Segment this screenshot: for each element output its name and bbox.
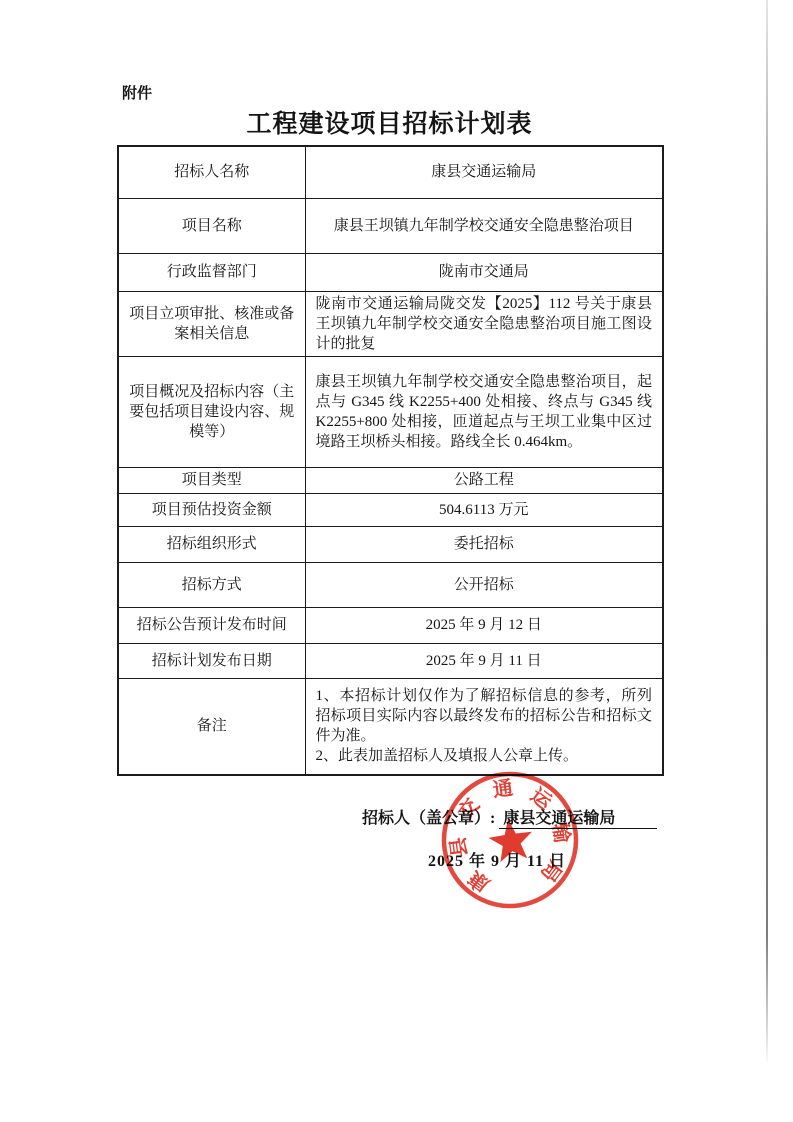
row-value-estimated-investment: 504.6113 万元 [305, 493, 663, 526]
row-value-remarks: 1、本招标计划仅作为了解招标信息的参考，所列招标项目实际内容以最终发布的招标公告… [305, 678, 663, 775]
row-value-plan-publish-date: 2025 年 9 月 11 日 [305, 643, 663, 678]
row-value-bidding-method: 公开招标 [305, 562, 663, 607]
row-label-estimated-investment: 项目预估投资金额 [118, 493, 305, 526]
row-label-bidding-method: 招标方式 [118, 562, 305, 607]
row-value-approval-info: 陇南市交通运输局陇交发【2025】112 号关于康县王坝镇九年制学校交通安全隐患… [305, 291, 663, 356]
page-title: 工程建设项目招标计划表 [117, 104, 662, 140]
signer-name: 康县交通运输局 [499, 810, 657, 829]
table-row: 项目预估投资金额 504.6113 万元 [118, 493, 663, 526]
remark-line-2: 2、此表加盖招标人及填报人公章上传。 [316, 746, 653, 766]
seal-ring [438, 768, 582, 912]
remark-line-1: 1、本招标计划仅作为了解招标信息的参考，所列招标项目实际内容以最终发布的招标公告… [316, 686, 653, 746]
table-row: 项目概况及招标内容（主要包括项目建设内容、规模等） 康县王坝镇九年制学校交通安全… [118, 356, 663, 467]
signer-line: 招标人（盖公章）: 康县交通运输局 [362, 808, 657, 830]
table-row: 项目名称 康县王坝镇九年制学校交通安全隐患整治项目 [118, 198, 663, 253]
svg-text:通: 通 [491, 776, 514, 802]
row-label-announcement-date: 招标公告预计发布时间 [118, 607, 305, 643]
row-label-remarks: 备注 [118, 678, 305, 775]
row-label-supervising-dept: 行政监督部门 [118, 253, 305, 291]
row-value-project-type: 公路工程 [305, 467, 663, 493]
row-value-organization-form: 委托招标 [305, 526, 663, 562]
row-label-organization-form: 招标组织形式 [118, 526, 305, 562]
signer-prefix: 招标人（盖公章）: [362, 810, 495, 827]
row-label-plan-publish-date: 招标计划发布日期 [118, 643, 305, 678]
attachment-label: 附件 [122, 82, 152, 103]
row-value-project-overview: 康县王坝镇九年制学校交通安全隐患整治项目，起点与 G345 线 K2255+40… [305, 356, 663, 467]
row-value-tenderer-name: 康县交通运输局 [305, 146, 663, 198]
table-row: 项目立项审批、核准或备案相关信息 陇南市交通运输局陇交发【2025】112 号关… [118, 291, 663, 356]
table-row: 招标组织形式 委托招标 [118, 526, 663, 562]
bidding-plan-table: 招标人名称 康县交通运输局 项目名称 康县王坝镇九年制学校交通安全隐患整治项目 … [117, 145, 664, 776]
table-row: 招标方式 公开招标 [118, 562, 663, 607]
row-label-project-name: 项目名称 [118, 198, 305, 253]
row-label-tenderer-name: 招标人名称 [118, 146, 305, 198]
scan-artifact-line [766, 0, 768, 1062]
table-row: 招标公告预计发布时间 2025 年 9 月 12 日 [118, 607, 663, 643]
row-value-project-name: 康县王坝镇九年制学校交通安全隐患整治项目 [305, 198, 663, 253]
row-value-supervising-dept: 陇南市交通局 [305, 253, 663, 291]
table-row: 招标人名称 康县交通运输局 [118, 146, 663, 198]
row-label-project-type: 项目类型 [118, 467, 305, 493]
table-row: 备注 1、本招标计划仅作为了解招标信息的参考，所列招标项目实际内容以最终发布的招… [118, 678, 663, 775]
table-row: 项目类型 公路工程 [118, 467, 663, 493]
row-label-approval-info: 项目立项审批、核准或备案相关信息 [118, 291, 305, 356]
row-value-announcement-date: 2025 年 9 月 12 日 [305, 607, 663, 643]
scanned-document-page: 附件 工程建设项目招标计划表 招标人名称 康县交通运输局 项目名称 康县王坝镇九… [0, 0, 793, 1122]
seal-arc-text: 康县交通运输局 [439, 769, 581, 901]
signature-date: 2025 年 9 月 11 日 [428, 848, 566, 871]
official-seal: 康县交通运输局 [438, 768, 582, 912]
row-label-project-overview: 项目概况及招标内容（主要包括项目建设内容、规模等） [118, 356, 305, 467]
table-row: 行政监督部门 陇南市交通局 [118, 253, 663, 291]
table-row: 招标计划发布日期 2025 年 9 月 11 日 [118, 643, 663, 678]
